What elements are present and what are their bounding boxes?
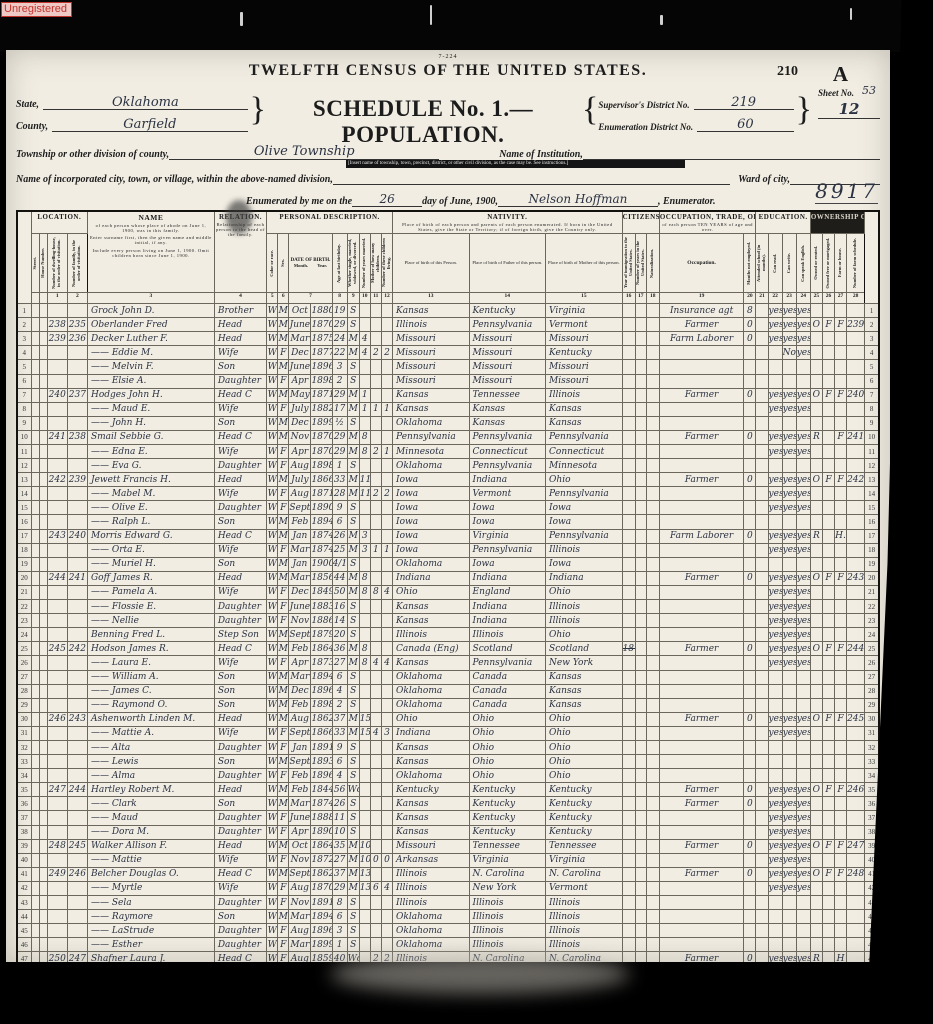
cell-marital-status: S xyxy=(347,459,359,473)
cell-street xyxy=(31,402,39,416)
cell-occupation xyxy=(659,402,744,416)
cell-line-number-left: 17 xyxy=(17,529,31,543)
col-naturalization: Naturalization. xyxy=(646,234,659,293)
col-farm-schedule: Number of farm schedule. xyxy=(847,234,865,293)
cell-name: —— Eddie M. xyxy=(87,346,214,360)
cell-can-write: yes xyxy=(782,318,796,332)
cell-farm-house xyxy=(834,628,846,642)
cell-can-read: yes xyxy=(768,430,782,444)
cell-dwelling-number: 243 xyxy=(47,529,67,543)
cell-birth-month: Mar xyxy=(289,571,311,585)
cell-farm-schedule-number xyxy=(847,515,865,529)
cell-children-living xyxy=(381,628,392,642)
cell-dwelling-number xyxy=(47,459,67,473)
cell-can-read: yes xyxy=(768,726,782,740)
cell-sex: M xyxy=(278,430,289,444)
cell-sex: F xyxy=(278,501,289,515)
cell-mother-of-children: 8 xyxy=(370,585,381,599)
cell-relation: Daughter xyxy=(214,600,266,614)
cell-sex: F xyxy=(278,726,289,740)
cell-father-birthplace: Virginia xyxy=(469,853,546,867)
cell-occupation xyxy=(659,600,744,614)
cell-dwelling-number xyxy=(47,304,67,318)
cell-naturalization xyxy=(646,881,659,895)
cell-free-mortgaged: F xyxy=(822,783,834,797)
cell-mother-of-children xyxy=(370,684,381,698)
census-row: 19 —— Muriel H. Son W M Jan 1900 4/12 S … xyxy=(17,557,879,571)
cell-name: Hodges John H. xyxy=(87,388,214,402)
cell-line-number-right: 30 xyxy=(865,712,879,726)
census-row: 40 —— Mattie Wife W F Nov 1872 27 M 10 0… xyxy=(17,853,879,867)
cell-line-number-left: 40 xyxy=(17,853,31,867)
cell-house xyxy=(39,670,47,684)
cell-color-race: W xyxy=(267,304,278,318)
cell-street xyxy=(31,318,39,332)
census-row: 26 —— Laura E. Wife W F Apr 1873 27 M 8 … xyxy=(17,656,879,670)
cell-line-number-left: 27 xyxy=(17,670,31,684)
cell-sex: M xyxy=(278,332,289,346)
cell-name: —— Esther xyxy=(87,938,214,952)
cell-occupation xyxy=(659,670,744,684)
cell-occupation xyxy=(659,811,744,825)
cell-attended-school xyxy=(756,783,768,797)
cell-color-race: W xyxy=(267,656,278,670)
cell-can-speak-english xyxy=(796,896,810,910)
col-attended-school: Attended school (in months). xyxy=(756,234,768,293)
cell-occupation: Farmer xyxy=(659,473,744,487)
page-title: TWELFTH CENSUS OF THE UNITED STATES. xyxy=(249,62,647,79)
cell-naturalization xyxy=(646,346,659,360)
cell-immigration-year xyxy=(622,304,635,318)
cell-marital-status: M xyxy=(347,388,359,402)
cell-years-married: 4 xyxy=(359,332,370,346)
cell-dwelling-number xyxy=(47,628,67,642)
cell-children-living xyxy=(381,515,392,529)
cell-can-write: yes xyxy=(782,388,796,402)
cell-dwelling-number: 238 xyxy=(47,318,67,332)
brace-glyph: { xyxy=(582,88,598,132)
cell-months-not-employed xyxy=(744,938,756,952)
cell-father-birthplace: Illinois xyxy=(469,628,546,642)
cell-house xyxy=(39,346,47,360)
cell-immigration-year xyxy=(622,740,635,754)
cell-relation: Daughter xyxy=(214,501,266,515)
cell-name: —— Ralph L. xyxy=(87,515,214,529)
cell-can-speak-english: yes xyxy=(796,712,810,726)
cell-birth-month: Dec xyxy=(289,416,311,430)
cell-relation: Daughter xyxy=(214,459,266,473)
cell-line-number-right: 24 xyxy=(865,628,879,642)
cell-children-living xyxy=(381,769,392,783)
cell-father-birthplace: Pennsylvania xyxy=(469,318,546,332)
cell-farm-house: F xyxy=(834,430,846,444)
unregistered-watermark: Unregistered xyxy=(1,2,72,17)
cell-can-read: yes xyxy=(768,571,782,585)
cell-attended-school xyxy=(756,318,768,332)
cell-birth-year: 1870 xyxy=(311,430,332,444)
census-row: 32 —— Alta Daughter W F Jan 1891 9 S Kan… xyxy=(17,740,879,754)
cell-years-in-us xyxy=(635,600,646,614)
cell-street xyxy=(31,825,39,839)
cell-can-write: yes xyxy=(782,825,796,839)
cell-dwelling-number: 239 xyxy=(47,332,67,346)
cell-relation: Head xyxy=(214,318,266,332)
cell-age: 10 xyxy=(332,825,347,839)
cell-can-write: yes xyxy=(782,642,796,656)
cell-attended-school xyxy=(756,896,768,910)
cell-owned-rented xyxy=(810,853,822,867)
cell-free-mortgaged xyxy=(822,656,834,670)
cell-marital-status: M xyxy=(347,712,359,726)
cell-farm-schedule-number xyxy=(847,416,865,430)
cell-father-birthplace: Kentucky xyxy=(469,797,546,811)
cell-mother-birthplace: Kansas xyxy=(546,402,623,416)
cell-street xyxy=(31,924,39,938)
cell-relation: Son xyxy=(214,910,266,924)
cell-family-number xyxy=(67,360,87,374)
cell-owned-rented: O xyxy=(810,712,822,726)
cell-mother-of-children xyxy=(370,459,381,473)
cell-years-married: 3 xyxy=(359,529,370,543)
cell-can-read: yes xyxy=(768,543,782,557)
cell-immigration-year xyxy=(622,712,635,726)
cell-relation: Daughter xyxy=(214,938,266,952)
cell-free-mortgaged xyxy=(822,924,834,938)
cell-age: 29 xyxy=(332,881,347,895)
cell-attended-school xyxy=(756,628,768,642)
cell-mother-birthplace: Iowa xyxy=(546,557,623,571)
cell-age: 14 xyxy=(332,614,347,628)
cell-years-married: 10 xyxy=(359,839,370,853)
cell-relation: Wife xyxy=(214,726,266,740)
cell-attended-school xyxy=(756,684,768,698)
enumeration-district-label: Enumeration District No. xyxy=(598,122,693,132)
cell-father-birthplace: Ohio xyxy=(469,712,546,726)
cell-house xyxy=(39,600,47,614)
cell-line-number-right: 33 xyxy=(865,755,879,769)
cell-months-not-employed xyxy=(744,684,756,698)
cell-line-number-right: 25 xyxy=(865,642,879,656)
cell-birth-year: 1866 xyxy=(311,473,332,487)
cell-mother-of-children xyxy=(370,501,381,515)
cell-name: —— Mattie A. xyxy=(87,726,214,740)
cell-color-race: W xyxy=(267,332,278,346)
city-label: Name of incorporated city, town, or vill… xyxy=(16,174,333,185)
cell-dwelling-number xyxy=(47,881,67,895)
cell-family-number xyxy=(67,304,87,318)
cell-age: 29 xyxy=(332,388,347,402)
census-row: 15 —— Olive E. Daughter W F Sept 1890 9 … xyxy=(17,501,879,515)
cell-birthplace: Ohio xyxy=(393,585,470,599)
cell-family-number: 236 xyxy=(67,332,87,346)
cell-can-write: yes xyxy=(782,571,796,585)
name-desc-3: Include every person living on June 1, 1… xyxy=(88,247,214,260)
cell-relation: Son xyxy=(214,670,266,684)
cell-months-not-employed: 8 xyxy=(744,304,756,318)
cell-relation: Wife xyxy=(214,853,266,867)
cell-years-married xyxy=(359,825,370,839)
cell-farm-schedule-number: 247 xyxy=(847,839,865,853)
cell-can-speak-english xyxy=(796,698,810,712)
cell-can-read xyxy=(768,360,782,374)
cell-can-read: yes xyxy=(768,712,782,726)
cell-sex: M xyxy=(278,529,289,543)
cell-attended-school xyxy=(756,769,768,783)
cell-color-race: W xyxy=(267,670,278,684)
cell-farm-house xyxy=(834,557,846,571)
cell-owned-rented xyxy=(810,755,822,769)
cell-age: 33 xyxy=(332,473,347,487)
cell-attended-school xyxy=(756,557,768,571)
cell-birth-year: 1870 xyxy=(311,881,332,895)
cell-line-number-left: 5 xyxy=(17,360,31,374)
cell-name: —— Olive E. xyxy=(87,501,214,515)
nativity-desc: Place of birth of each person and parent… xyxy=(393,221,622,234)
cell-family-number xyxy=(67,740,87,754)
cell-can-speak-english xyxy=(796,924,810,938)
cell-years-married xyxy=(359,360,370,374)
cell-birth-year: 1898 xyxy=(311,374,332,388)
cell-street xyxy=(31,487,39,501)
cell-house xyxy=(39,430,47,444)
col-can-read: Can read. xyxy=(768,234,782,293)
cell-marital-status: S xyxy=(347,938,359,952)
cell-attended-school xyxy=(756,585,768,599)
cell-birth-year: 1879 xyxy=(311,628,332,642)
cell-immigration-year xyxy=(622,656,635,670)
cell-line-number-right: 6 xyxy=(865,374,879,388)
census-row: 3 239 236 Decker Luther F. Head W M Mar … xyxy=(17,332,879,346)
cell-years-in-us xyxy=(635,825,646,839)
cell-years-married xyxy=(359,924,370,938)
cell-mother-birthplace: Kentucky xyxy=(546,825,623,839)
cell-attended-school xyxy=(756,712,768,726)
cell-years-married xyxy=(359,740,370,754)
cell-birth-year: 1900 xyxy=(311,557,332,571)
group-occupation: OCCUPATION, TRADE, OR PROFESSION of each… xyxy=(659,211,756,234)
cell-immigration-year xyxy=(622,416,635,430)
cell-farm-house: H. xyxy=(834,529,846,543)
cell-children-living: 0 xyxy=(381,853,392,867)
cell-father-birthplace: Ohio xyxy=(469,769,546,783)
cell-farm-schedule-number xyxy=(847,346,865,360)
cell-naturalization xyxy=(646,515,659,529)
census-row: 21 —— Pamela A. Wife W F Dec 1849 50 M 8… xyxy=(17,585,879,599)
cell-can-read: yes xyxy=(768,811,782,825)
cell-line-number-right: 21 xyxy=(865,585,879,599)
cell-can-write xyxy=(782,557,796,571)
cell-marital-status: S xyxy=(347,416,359,430)
cell-can-write: yes xyxy=(782,867,796,881)
cell-mother-birthplace: Kentucky xyxy=(546,797,623,811)
cell-name: —— Sela xyxy=(87,896,214,910)
cell-family-number: 237 xyxy=(67,388,87,402)
cell-relation: Wife xyxy=(214,656,266,670)
cell-sex: M xyxy=(278,698,289,712)
cell-naturalization xyxy=(646,543,659,557)
cell-years-married xyxy=(359,304,370,318)
cell-mother-of-children xyxy=(370,318,381,332)
cell-sex: M xyxy=(278,557,289,571)
cell-family-number: 241 xyxy=(67,571,87,585)
cell-color-race: W xyxy=(267,726,278,740)
cell-occupation xyxy=(659,684,744,698)
cell-owned-rented xyxy=(810,600,822,614)
cell-dwelling-number: 241 xyxy=(47,430,67,444)
cell-attended-school xyxy=(756,811,768,825)
cell-can-read: yes xyxy=(768,585,782,599)
cell-sex: M xyxy=(278,416,289,430)
cell-immigration-year xyxy=(622,445,635,459)
cell-years-in-us xyxy=(635,416,646,430)
cell-relation: Daughter xyxy=(214,374,266,388)
cell-relation: Son xyxy=(214,755,266,769)
cell-name: —— Alta xyxy=(87,740,214,754)
cell-farm-house xyxy=(834,769,846,783)
cell-occupation xyxy=(659,881,744,895)
cell-years-in-us xyxy=(635,374,646,388)
census-row: 14 —— Mabel M. Wife W F Aug 1871 28 M 11… xyxy=(17,487,879,501)
cell-attended-school xyxy=(756,430,768,444)
cell-owned-rented xyxy=(810,896,822,910)
cell-dwelling-number xyxy=(47,487,67,501)
census-row: 34 —— Alma Daughter W F Feb 1896 4 S Okl… xyxy=(17,769,879,783)
cell-attended-school xyxy=(756,755,768,769)
census-row: 2 238 235 Oberlander Fred Head W M June … xyxy=(17,318,879,332)
cell-can-read: yes xyxy=(768,501,782,515)
cell-color-race: W xyxy=(267,642,278,656)
cell-house xyxy=(39,656,47,670)
cell-farm-house xyxy=(834,304,846,318)
cell-can-speak-english xyxy=(796,670,810,684)
cell-attended-school xyxy=(756,726,768,740)
cell-line-number-left: 32 xyxy=(17,740,31,754)
cell-color-race: W xyxy=(267,938,278,952)
cell-sex: F xyxy=(278,769,289,783)
cell-mother-of-children xyxy=(370,614,381,628)
cell-years-married xyxy=(359,797,370,811)
cell-house xyxy=(39,881,47,895)
cell-color-race: W xyxy=(267,557,278,571)
cell-farm-schedule-number xyxy=(847,360,865,374)
cell-farm-house xyxy=(834,938,846,952)
cell-farm-schedule-number xyxy=(847,304,865,318)
cell-can-speak-english xyxy=(796,769,810,783)
cell-farm-schedule-number xyxy=(847,853,865,867)
cell-months-not-employed xyxy=(744,769,756,783)
cell-street xyxy=(31,839,39,853)
cell-relation: Son xyxy=(214,797,266,811)
cell-farm-schedule-number xyxy=(847,543,865,557)
cell-birthplace: Canada (Eng) xyxy=(393,642,470,656)
cell-father-birthplace: Tennessee xyxy=(469,839,546,853)
cell-birthplace: Oklahoma xyxy=(393,670,470,684)
cell-relation: Wife xyxy=(214,402,266,416)
cell-mother-birthplace: Illinois xyxy=(546,388,623,402)
cell-can-read: yes xyxy=(768,318,782,332)
cell-age: 26 xyxy=(332,797,347,811)
cell-line-number-left: 26 xyxy=(17,656,31,670)
cell-sex: M xyxy=(278,712,289,726)
cell-dwelling-number: 240 xyxy=(47,388,67,402)
cell-months-not-employed xyxy=(744,853,756,867)
cell-farm-house xyxy=(834,487,846,501)
cell-naturalization xyxy=(646,614,659,628)
cell-birth-year: 1864 xyxy=(311,839,332,853)
cell-house xyxy=(39,557,47,571)
census-row: 37 —— Maud Daughter W F June 1888 11 S K… xyxy=(17,811,879,825)
township-value: Olive Township xyxy=(169,144,439,160)
cell-farm-schedule-number xyxy=(847,600,865,614)
cell-line-number-left: 36 xyxy=(17,797,31,811)
enumerated-suffix: , Enumerator. xyxy=(658,196,716,207)
cell-can-speak-english xyxy=(796,910,810,924)
cell-street xyxy=(31,769,39,783)
cell-name: —— Eva G. xyxy=(87,459,214,473)
cell-mother-of-children xyxy=(370,571,381,585)
cell-sex: M xyxy=(278,839,289,853)
cell-farm-house xyxy=(834,585,846,599)
cell-age: ½ xyxy=(332,416,347,430)
cell-months-not-employed xyxy=(744,698,756,712)
cell-owned-rented xyxy=(810,825,822,839)
cell-occupation: Farm Laborer xyxy=(659,332,744,346)
cell-color-race: W xyxy=(267,614,278,628)
cell-years-married xyxy=(359,318,370,332)
cell-farm-house xyxy=(834,924,846,938)
cell-street xyxy=(31,867,39,881)
cell-immigration-year xyxy=(622,388,635,402)
cell-line-number-right: 22 xyxy=(865,600,879,614)
cell-farm-schedule-number xyxy=(847,445,865,459)
cell-children-living xyxy=(381,318,392,332)
cell-owned-rented xyxy=(810,769,822,783)
cell-can-write xyxy=(782,515,796,529)
cell-years-married xyxy=(359,416,370,430)
cell-color-race: W xyxy=(267,416,278,430)
cell-naturalization xyxy=(646,896,659,910)
cell-children-living: 4 xyxy=(381,881,392,895)
cell-house xyxy=(39,614,47,628)
cell-age: 56 xyxy=(332,783,347,797)
cell-father-birthplace: Kansas xyxy=(469,402,546,416)
cell-attended-school xyxy=(756,445,768,459)
cell-birth-month: Sept xyxy=(289,867,311,881)
cell-owned-rented xyxy=(810,938,822,952)
census-row: 9 —— John H. Son W M Dec 1899 ½ S Oklaho… xyxy=(17,416,879,430)
cell-marital-status: S xyxy=(347,825,359,839)
cell-can-write: yes xyxy=(782,543,796,557)
cell-can-write: yes xyxy=(782,853,796,867)
cell-color-race: W xyxy=(267,881,278,895)
cell-owned-rented: O xyxy=(810,318,822,332)
cell-marital-status: S xyxy=(347,501,359,515)
cell-birth-year: 1844 xyxy=(311,783,332,797)
cell-birth-year: 1862 xyxy=(311,867,332,881)
cell-can-write: yes xyxy=(782,783,796,797)
cell-sex: F xyxy=(278,881,289,895)
cell-relation: Wife xyxy=(214,487,266,501)
cell-farm-schedule-number xyxy=(847,896,865,910)
cell-father-birthplace: Kentucky xyxy=(469,783,546,797)
cell-age: 6 xyxy=(332,670,347,684)
cell-sex: M xyxy=(278,867,289,881)
cell-line-number-left: 8 xyxy=(17,402,31,416)
cell-sex: F xyxy=(278,459,289,473)
cell-can-read xyxy=(768,896,782,910)
cell-dwelling-number: 249 xyxy=(47,867,67,881)
cell-father-birthplace: Pennsylvania xyxy=(469,656,546,670)
